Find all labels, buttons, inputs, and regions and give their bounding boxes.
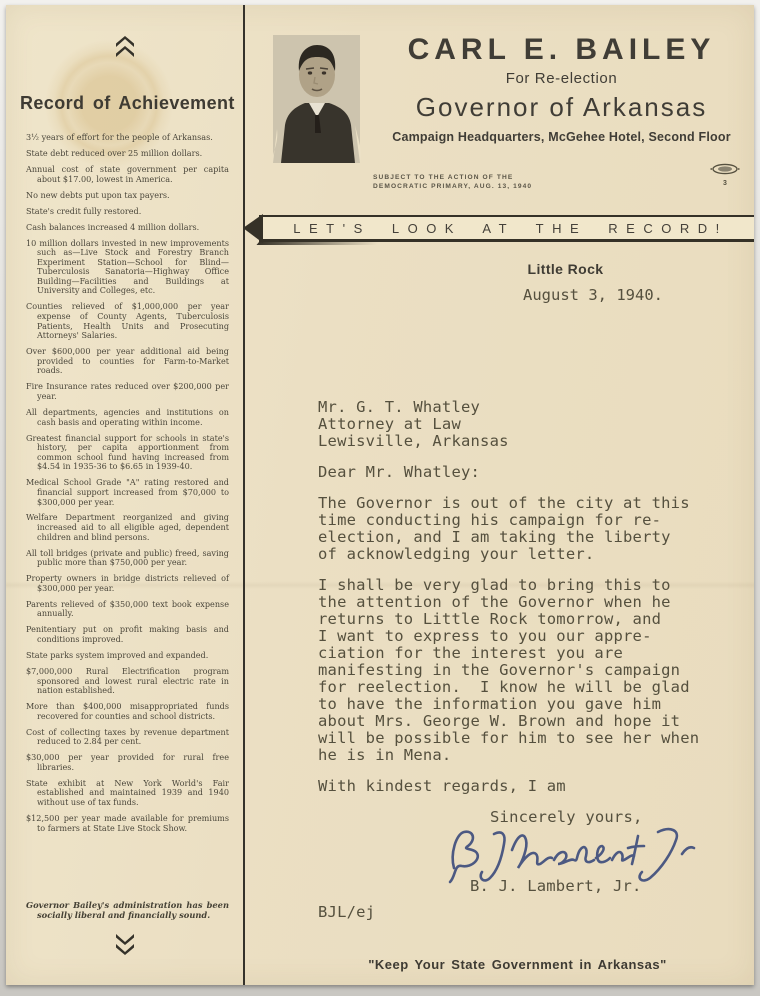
achievement-item: 10 million dollars invested in new impro… <box>26 239 229 297</box>
double-chevron-up-icon <box>6 35 243 66</box>
paragraph-line: The Governor is out of the city at this <box>318 495 748 512</box>
achievement-item: Penitentiary put on profit making basis … <box>26 625 229 644</box>
paragraph-line: ciation for the interest you are <box>318 645 748 662</box>
paragraph-line: about Mrs. George W. Brown and hope it <box>318 713 748 730</box>
achievement-item: Parents relieved of $350,000 text book e… <box>26 600 229 619</box>
salutation: Dear Mr. Whatley: <box>318 464 748 481</box>
achievement-item: Cash balances increased 4 million dollar… <box>26 223 229 233</box>
achievement-item: State exhibit at New York World's Fair e… <box>26 779 229 808</box>
achievement-item: 3½ years of effort for the people of Ark… <box>26 133 229 143</box>
office-title: Governor of Arkansas <box>373 92 750 123</box>
achievement-item: Counties relieved of $1,000,000 per year… <box>26 302 229 340</box>
paragraph-line: returns to Little Rock tomorrow, and <box>318 611 748 628</box>
letter-document: Record of Achievement 3½ years of effort… <box>6 5 754 985</box>
achievement-item: $12,500 per year made available for prem… <box>26 814 229 833</box>
banner-shadow <box>256 242 379 245</box>
paragraph-line: I shall be very glad to bring this to <box>318 577 748 594</box>
paragraph-line: time conducting his campaign for re- <box>318 512 748 529</box>
sidebar-heading: Record of Achievement <box>20 93 235 114</box>
achievement-item: Fire Insurance rates reduced over $200,0… <box>26 382 229 401</box>
achievement-item: Cost of collecting taxes by revenue depa… <box>26 728 229 747</box>
paragraph-line: election, and I am taking the liberty <box>318 529 748 546</box>
banner-text: LET'S LOOK AT THE RECORD! <box>285 221 727 236</box>
achievement-item: Welfare Department reorganized and givin… <box>26 513 229 542</box>
achievement-item: State debt reduced over 25 million dolla… <box>26 149 229 159</box>
record-banner-ribbon: LET'S LOOK AT THE RECORD! <box>247 215 754 245</box>
achievement-item: State's credit fully restored. <box>26 207 229 217</box>
achievement-item: $7,000,000 Rural Electrification program… <box>26 667 229 696</box>
signature-area: B. J. Lambert, Jr. <box>318 826 748 898</box>
banner-arrowhead <box>243 214 263 243</box>
union-label-number: 3 <box>710 181 740 187</box>
recipient-line: Mr. G. T. Whatley <box>318 399 748 416</box>
recipient-line: Lewisville, Arkansas <box>318 433 748 450</box>
paragraph-line: manifesting in the Governor's campaign <box>318 662 748 679</box>
achievement-item: State parks system improved and expanded… <box>26 651 229 661</box>
recipient-address: Mr. G. T. WhatleyAttorney at LawLewisvil… <box>318 399 748 450</box>
achievement-item: All departments, agencies and institutio… <box>26 408 229 427</box>
dateline-place: Little Rock <box>245 261 754 277</box>
campaign-letterhead: CARL E. BAILEY For Re-election Governor … <box>245 5 754 215</box>
achievement-item: Annual cost of state government per capi… <box>26 165 229 184</box>
double-chevron-down-icon <box>6 930 243 961</box>
candidate-name: CARL E. BAILEY <box>373 33 750 67</box>
achievement-item: $30,000 per year provided for rural free… <box>26 753 229 772</box>
typed-signature-name: B. J. Lambert, Jr. <box>470 878 642 895</box>
achievement-item: Property owners in bridge districts reli… <box>26 574 229 593</box>
dateline-date: August 3, 1940. <box>523 286 663 304</box>
headquarters-address: Campaign Headquarters, McGehee Hotel, Se… <box>373 130 750 144</box>
closing-line: With kindest regards, I am <box>318 778 748 795</box>
paragraph-line: for reelection. I know he will be glad <box>318 679 748 696</box>
achievement-list: 3½ years of effort for the people of Ark… <box>26 133 229 840</box>
letter-body: Mr. G. T. WhatleyAttorney at LawLewisvil… <box>318 399 748 921</box>
achievement-item: Greatest financial support for schools i… <box>26 434 229 472</box>
achievement-item: All toll bridges (private and public) fr… <box>26 549 229 568</box>
sidebar-footnote: Governor Bailey's administration has bee… <box>26 901 229 921</box>
paragraph-line: the attention of the Governor when he <box>318 594 748 611</box>
letterhead-title-block: CARL E. BAILEY For Re-election Governor … <box>373 33 750 144</box>
primary-disclaimer-line1: SUBJECT TO THE ACTION OF THE <box>373 173 532 182</box>
achievement-item: More than $400,000 misappropriated funds… <box>26 702 229 721</box>
banner-band: LET'S LOOK AT THE RECORD! <box>259 215 754 242</box>
record-of-achievement-column: Record of Achievement 3½ years of effort… <box>6 5 243 985</box>
candidate-portrait-photo <box>269 33 364 167</box>
paragraph-2: I shall be very glad to bring this tothe… <box>318 577 748 764</box>
paragraph-line: will be possible for him to see her when <box>318 730 748 747</box>
paragraph-line: to have the information you gave him <box>318 696 748 713</box>
primary-disclaimer: SUBJECT TO THE ACTION OF THE DEMOCRATIC … <box>373 173 532 191</box>
paragraph-line: he is in Mena. <box>318 747 748 764</box>
campaign-slogan: "Keep Your State Government in Arkansas" <box>245 957 754 972</box>
recipient-line: Attorney at Law <box>318 416 748 433</box>
paragraph-line: I want to express to you our appre- <box>318 628 748 645</box>
achievement-item: Over $600,000 per year additional aid be… <box>26 347 229 376</box>
typist-initials: BJL/ej <box>318 904 748 921</box>
achievement-item: Medical School Grade "A" rating restored… <box>26 478 229 507</box>
union-printing-label-icon: 3 <box>710 163 740 187</box>
paragraph-1: The Governor is out of the city at thist… <box>318 495 748 563</box>
achievement-item: No new debts put upon tax payers. <box>26 191 229 201</box>
letter-column: CARL E. BAILEY For Re-election Governor … <box>245 5 754 985</box>
reelection-subtitle: For Re-election <box>373 70 750 87</box>
primary-disclaimer-line2: DEMOCRATIC PRIMARY, AUG. 13, 1940 <box>373 182 532 191</box>
paragraph-line: of acknowledging your letter. <box>318 546 748 563</box>
